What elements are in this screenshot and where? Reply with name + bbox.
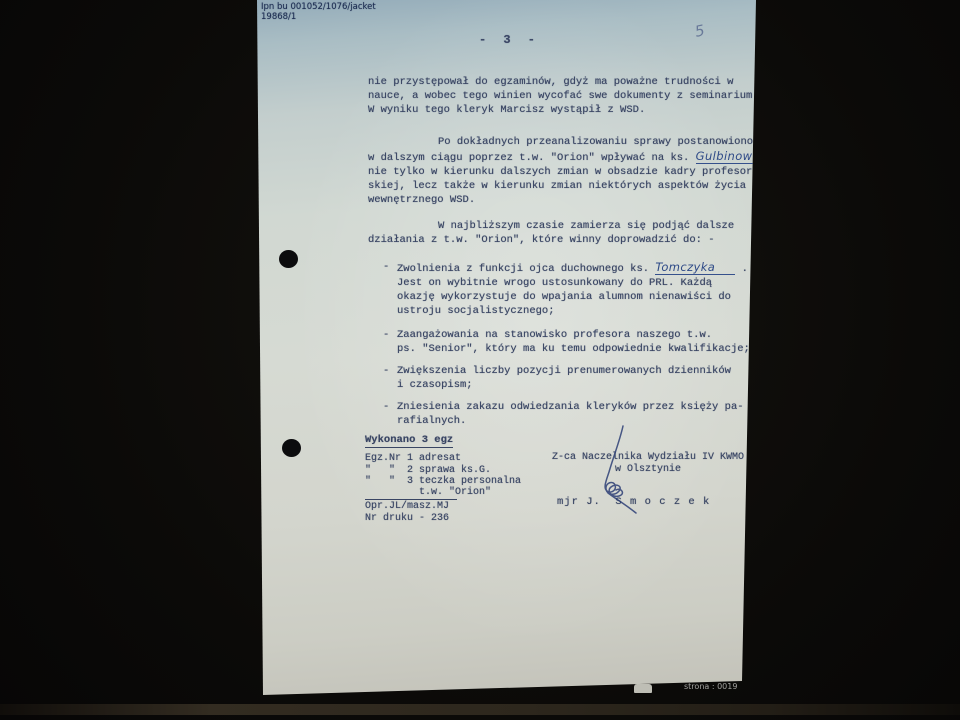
text-line: Zwiększenia liczby pozycji prenumerowany… [397, 364, 768, 378]
paragraph-1: nie przystępował do egzaminów, gdyż ma p… [368, 75, 768, 117]
typed-content: nie przystępował do egzaminów, gdyż ma p… [368, 75, 768, 428]
paragraph-2: Po dokładnych przeanalizowaniu sprawy po… [368, 135, 768, 207]
scanner-bed-edge [0, 704, 960, 715]
handwritten-page-mark: 5 [693, 21, 706, 41]
text-line: Zaangażowania na stanowisko profesora na… [397, 328, 768, 342]
bullet-dash: - [383, 328, 389, 342]
print-number-line: Nr druku - 236 [365, 513, 521, 524]
handwritten-name-gulbinowicz: Gulbinowicza [696, 149, 797, 164]
text-line: W wyniku tego kleryk Marcisz wystąpił z … [368, 103, 768, 117]
text-line: rafialnych. [397, 414, 768, 428]
text-segment: Zwolnienia z funkcji ojca duchownego ks. [397, 263, 655, 275]
text-line: ustroju socjalistycznego; [397, 304, 768, 318]
document-page: Ipn bu 001052/1076/jacket 19868/1 - 3 - … [257, 0, 756, 695]
text-line: Zwolnienia z funkcji ojca duchownego ks.… [397, 260, 768, 276]
prepared-by-line: Opr.JL/masz.MJ [365, 499, 457, 512]
paragraph-3: W najbliższym czasie zamierza się podjąć… [368, 219, 768, 247]
text-line: i czasopism; [397, 378, 768, 392]
copy-line: " " 3 teczka personalna [365, 476, 521, 487]
page-edge-debris [634, 684, 652, 693]
text-line: ps. "Senior", który ma ku temu odpowiedn… [397, 342, 768, 356]
handwritten-signature-icon [585, 422, 657, 518]
text-line: nie przystępował do egzaminów, gdyż ma p… [368, 75, 768, 89]
text-segment: . [735, 263, 748, 275]
text-line: nauce, a wobec tego winien wycofać swe d… [368, 89, 768, 103]
bullet-dash: - [383, 364, 389, 378]
hole-punch-top [279, 250, 298, 268]
distribution-block: Wykonano 3 egz Egz.Nr 1 adresat " " 2 sp… [365, 435, 521, 524]
text-line: W najbliższym czasie zamierza się podjąć… [368, 219, 768, 233]
text-line: okazję wykorzystuje do wpajania alumnom … [397, 290, 768, 304]
text-segment: w dalszym ciągu poprzez t.w. "Orion" wpł… [368, 152, 696, 164]
archive-reference-line2: 19868/1 [261, 12, 376, 22]
handwritten-name-tomczyk: Tomczyka [655, 260, 735, 275]
text-line: w dalszym ciągu poprzez t.w. "Orion" wpł… [368, 149, 768, 165]
page-number: - 3 - [479, 33, 540, 47]
bullet-dash: - [383, 400, 389, 414]
text-line: Jest on wybitnie wrogo ustosunkowany do … [397, 276, 768, 290]
text-line: wewnętrznego WSD. [368, 193, 768, 207]
text-line: nie tylko w kierunku dalszych zmian w ob… [368, 165, 768, 179]
text-line: skiej, lecz także w kierunku zmian niekt… [368, 179, 768, 193]
bullet-item-4: - Zniesienia zakazu odwiedzania kleryków… [368, 400, 768, 428]
archive-reference-line1: Ipn bu 001052/1076/jacket [261, 2, 376, 12]
copies-made-label: Wykonano 3 egz [365, 435, 453, 448]
copy-line: " " 2 sprawa ks.G. [365, 465, 521, 476]
bullet-item-1: - Zwolnienia z funkcji ojca duchownego k… [368, 260, 768, 318]
photo-background: Ipn bu 001052/1076/jacket 19868/1 - 3 - … [0, 0, 960, 720]
text-line: działania z t.w. "Orion", które winny do… [368, 233, 768, 247]
bullet-item-3: - Zwiększenia liczby pozycji prenumerowa… [368, 364, 768, 392]
text-line: Po dokładnych przeanalizowaniu sprawy po… [368, 135, 768, 149]
archive-reference-label: Ipn bu 001052/1076/jacket 19868/1 [261, 2, 376, 22]
bullet-dash: - [383, 260, 389, 274]
copy-line: Egz.Nr 1 adresat [365, 453, 521, 464]
bullet-item-2: - Zaangażowania na stanowisko profesora … [368, 328, 768, 356]
text-line: Zniesienia zakazu odwiedzania kleryków p… [397, 400, 768, 414]
scan-page-counter: strona : 0019 [684, 682, 737, 691]
hole-punch-bottom [282, 439, 301, 457]
copy-line: t.w. "Orion" [365, 487, 521, 498]
